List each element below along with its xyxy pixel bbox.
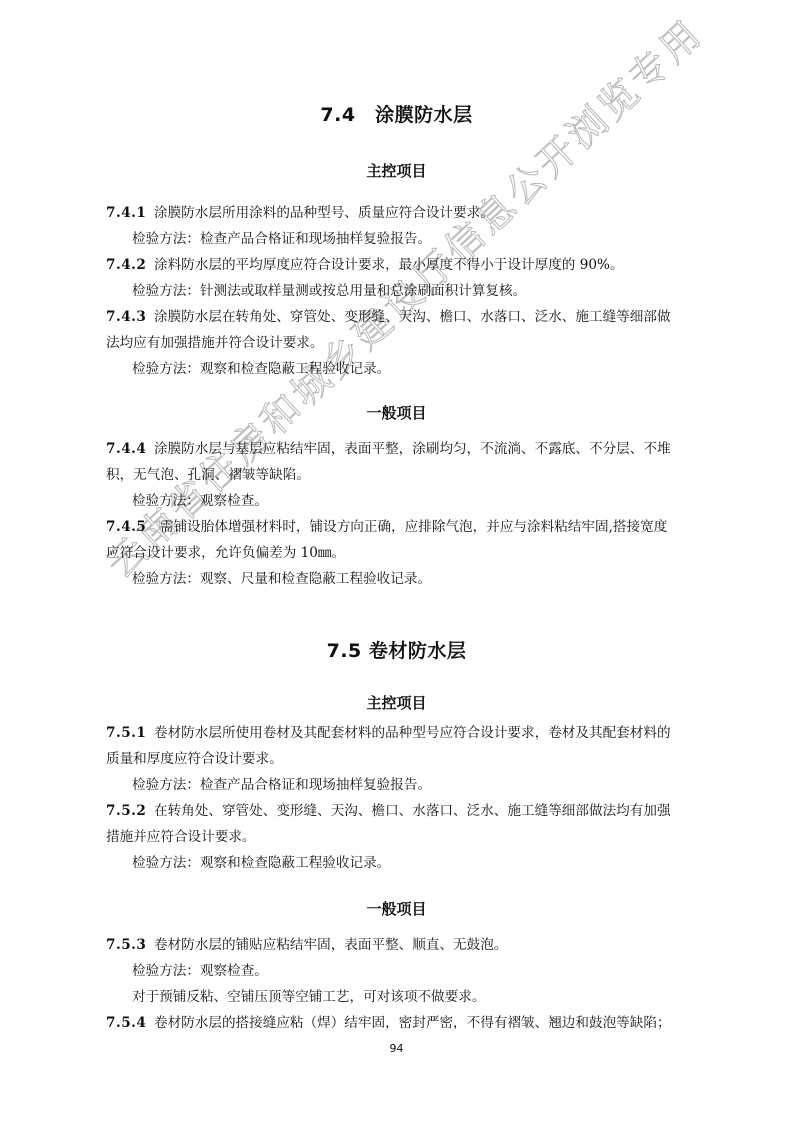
clause-7-4-1: 7.4.1涂膜防水层所用涂料的品种型号、质量应符合设计要求。 [106, 204, 494, 222]
clause-7-5-4: 7.5.4卷材防水层的搭接缝应粘（焊）结牢固，密封严密，不得有褶皱、翘边和鼓泡等… [106, 1014, 671, 1032]
clause-7-4-4: 7.4.4涂膜防水层与基层应粘结牢固，表面平整，涂刷均匀，不流淌、不露底、不分层… [106, 440, 671, 458]
clause-text: 在转角处、穿管处、变形缝、天沟、檐口、水落口、泛水、施工缝等细部做法均有加强 [154, 803, 671, 819]
clause-text: 涂膜防水层与基层应粘结牢固，表面平整，涂刷均匀，不流淌、不露底、不分层、不堆 [154, 441, 671, 457]
clause-number: 7.4.3 [106, 308, 154, 326]
clause-number: 7.5.1 [106, 724, 154, 742]
clause-text-continued: 应符合设计要求，允许负偏差为 10㎜。 [106, 544, 345, 562]
inspection-method: 检验方法：针测法或取样量测或按总用量和总涂刷面积计算复核。 [132, 282, 526, 300]
clause-number: 7.4.2 [106, 256, 154, 274]
inspection-method: 检验方法：观察检查。 [132, 492, 268, 510]
subheading-main-control: 主控项目 [0, 160, 793, 181]
clause-number: 7.4.5 [106, 518, 160, 536]
clause-7-4-5: 7.4.5需铺设胎体增强材料时，铺设方向正确，应排除气泡，并应与涂料粘结牢固,搭… [106, 518, 667, 536]
clause-text-continued: 法均应有加强措施并符合设计要求。 [106, 334, 324, 352]
clause-text-continued: 质量和厚度应符合设计要求。 [106, 750, 283, 768]
section-title-7-5: 7.5 卷材防水层 [0, 636, 793, 663]
clause-7-4-2: 7.4.2涂料防水层的平均厚度应符合设计要求，最小厚度不得小于设计厚度的 90%… [106, 256, 624, 274]
clause-note: 对于预铺反粘、空铺压顶等空铺工艺，可对该项不做要求。 [132, 988, 485, 1006]
inspection-method: 检验方法：观察和检查隐蔽工程验收记录。 [132, 854, 390, 872]
clause-7-5-2: 7.5.2在转角处、穿管处、变形缝、天沟、檐口、水落口、泛水、施工缝等细部做法均… [106, 802, 671, 820]
clause-text: 卷材防水层的铺贴应粘结牢固，表面平整、顺直、无鼓泡。 [154, 937, 507, 953]
clause-7-5-1: 7.5.1卷材防水层所使用卷材及其配套材料的品种型号应符合设计要求，卷材及其配套… [106, 724, 671, 742]
subheading-general: 一般项目 [0, 898, 793, 919]
clause-number: 7.5.4 [106, 1014, 154, 1032]
section-title-7-4: 7.4 涂膜防水层 [0, 100, 793, 127]
page-number: 94 [0, 1042, 793, 1055]
inspection-method: 检验方法：观察、尺量和检查隐蔽工程验收记录。 [132, 570, 431, 588]
inspection-method: 检验方法：检查产品合格证和现场抽样复验报告。 [132, 776, 431, 794]
clause-number: 7.5.2 [106, 802, 154, 820]
clause-number: 7.5.3 [106, 936, 154, 954]
clause-text-continued: 积，无气泡、孔洞、褶皱等缺陷。 [106, 466, 310, 484]
clause-text: 涂膜防水层所用涂料的品种型号、质量应符合设计要求。 [154, 205, 494, 221]
clause-text: 卷材防水层所使用卷材及其配套材料的品种型号应符合设计要求，卷材及其配套材料的 [154, 725, 671, 741]
subheading-general: 一般项目 [0, 402, 793, 423]
clause-text-continued: 措施并应符合设计要求。 [106, 828, 256, 846]
clause-7-5-3: 7.5.3卷材防水层的铺贴应粘结牢固，表面平整、顺直、无鼓泡。 [106, 936, 507, 954]
clause-number: 7.4.1 [106, 204, 154, 222]
inspection-method: 检验方法：检查产品合格证和现场抽样复验报告。 [132, 230, 431, 248]
clause-text: 涂料防水层的平均厚度应符合设计要求，最小厚度不得小于设计厚度的 90%。 [154, 257, 624, 273]
clause-text: 需铺设胎体增强材料时，铺设方向正确，应排除气泡，并应与涂料粘结牢固,搭接宽度 [160, 519, 667, 535]
document-page: 云南省住房和城乡建设厅信息公开浏览专用 7.4 涂膜防水层 主控项目 7.4.1… [0, 0, 793, 1122]
clause-number: 7.4.4 [106, 440, 154, 458]
clause-text: 卷材防水层的搭接缝应粘（焊）结牢固，密封严密，不得有褶皱、翘边和鼓泡等缺陷； [154, 1015, 671, 1031]
clause-7-4-3: 7.4.3涂膜防水层在转角处、穿管处、变形缝、天沟、檐口、水落口、泛水、施工缝等… [106, 308, 671, 326]
inspection-method: 检验方法：观察和检查隐蔽工程验收记录。 [132, 360, 390, 378]
clause-text: 涂膜防水层在转角处、穿管处、变形缝、天沟、檐口、水落口、泛水、施工缝等细部做 [154, 309, 671, 325]
subheading-main-control: 主控项目 [0, 692, 793, 713]
inspection-method: 检验方法：观察检查。 [132, 962, 268, 980]
